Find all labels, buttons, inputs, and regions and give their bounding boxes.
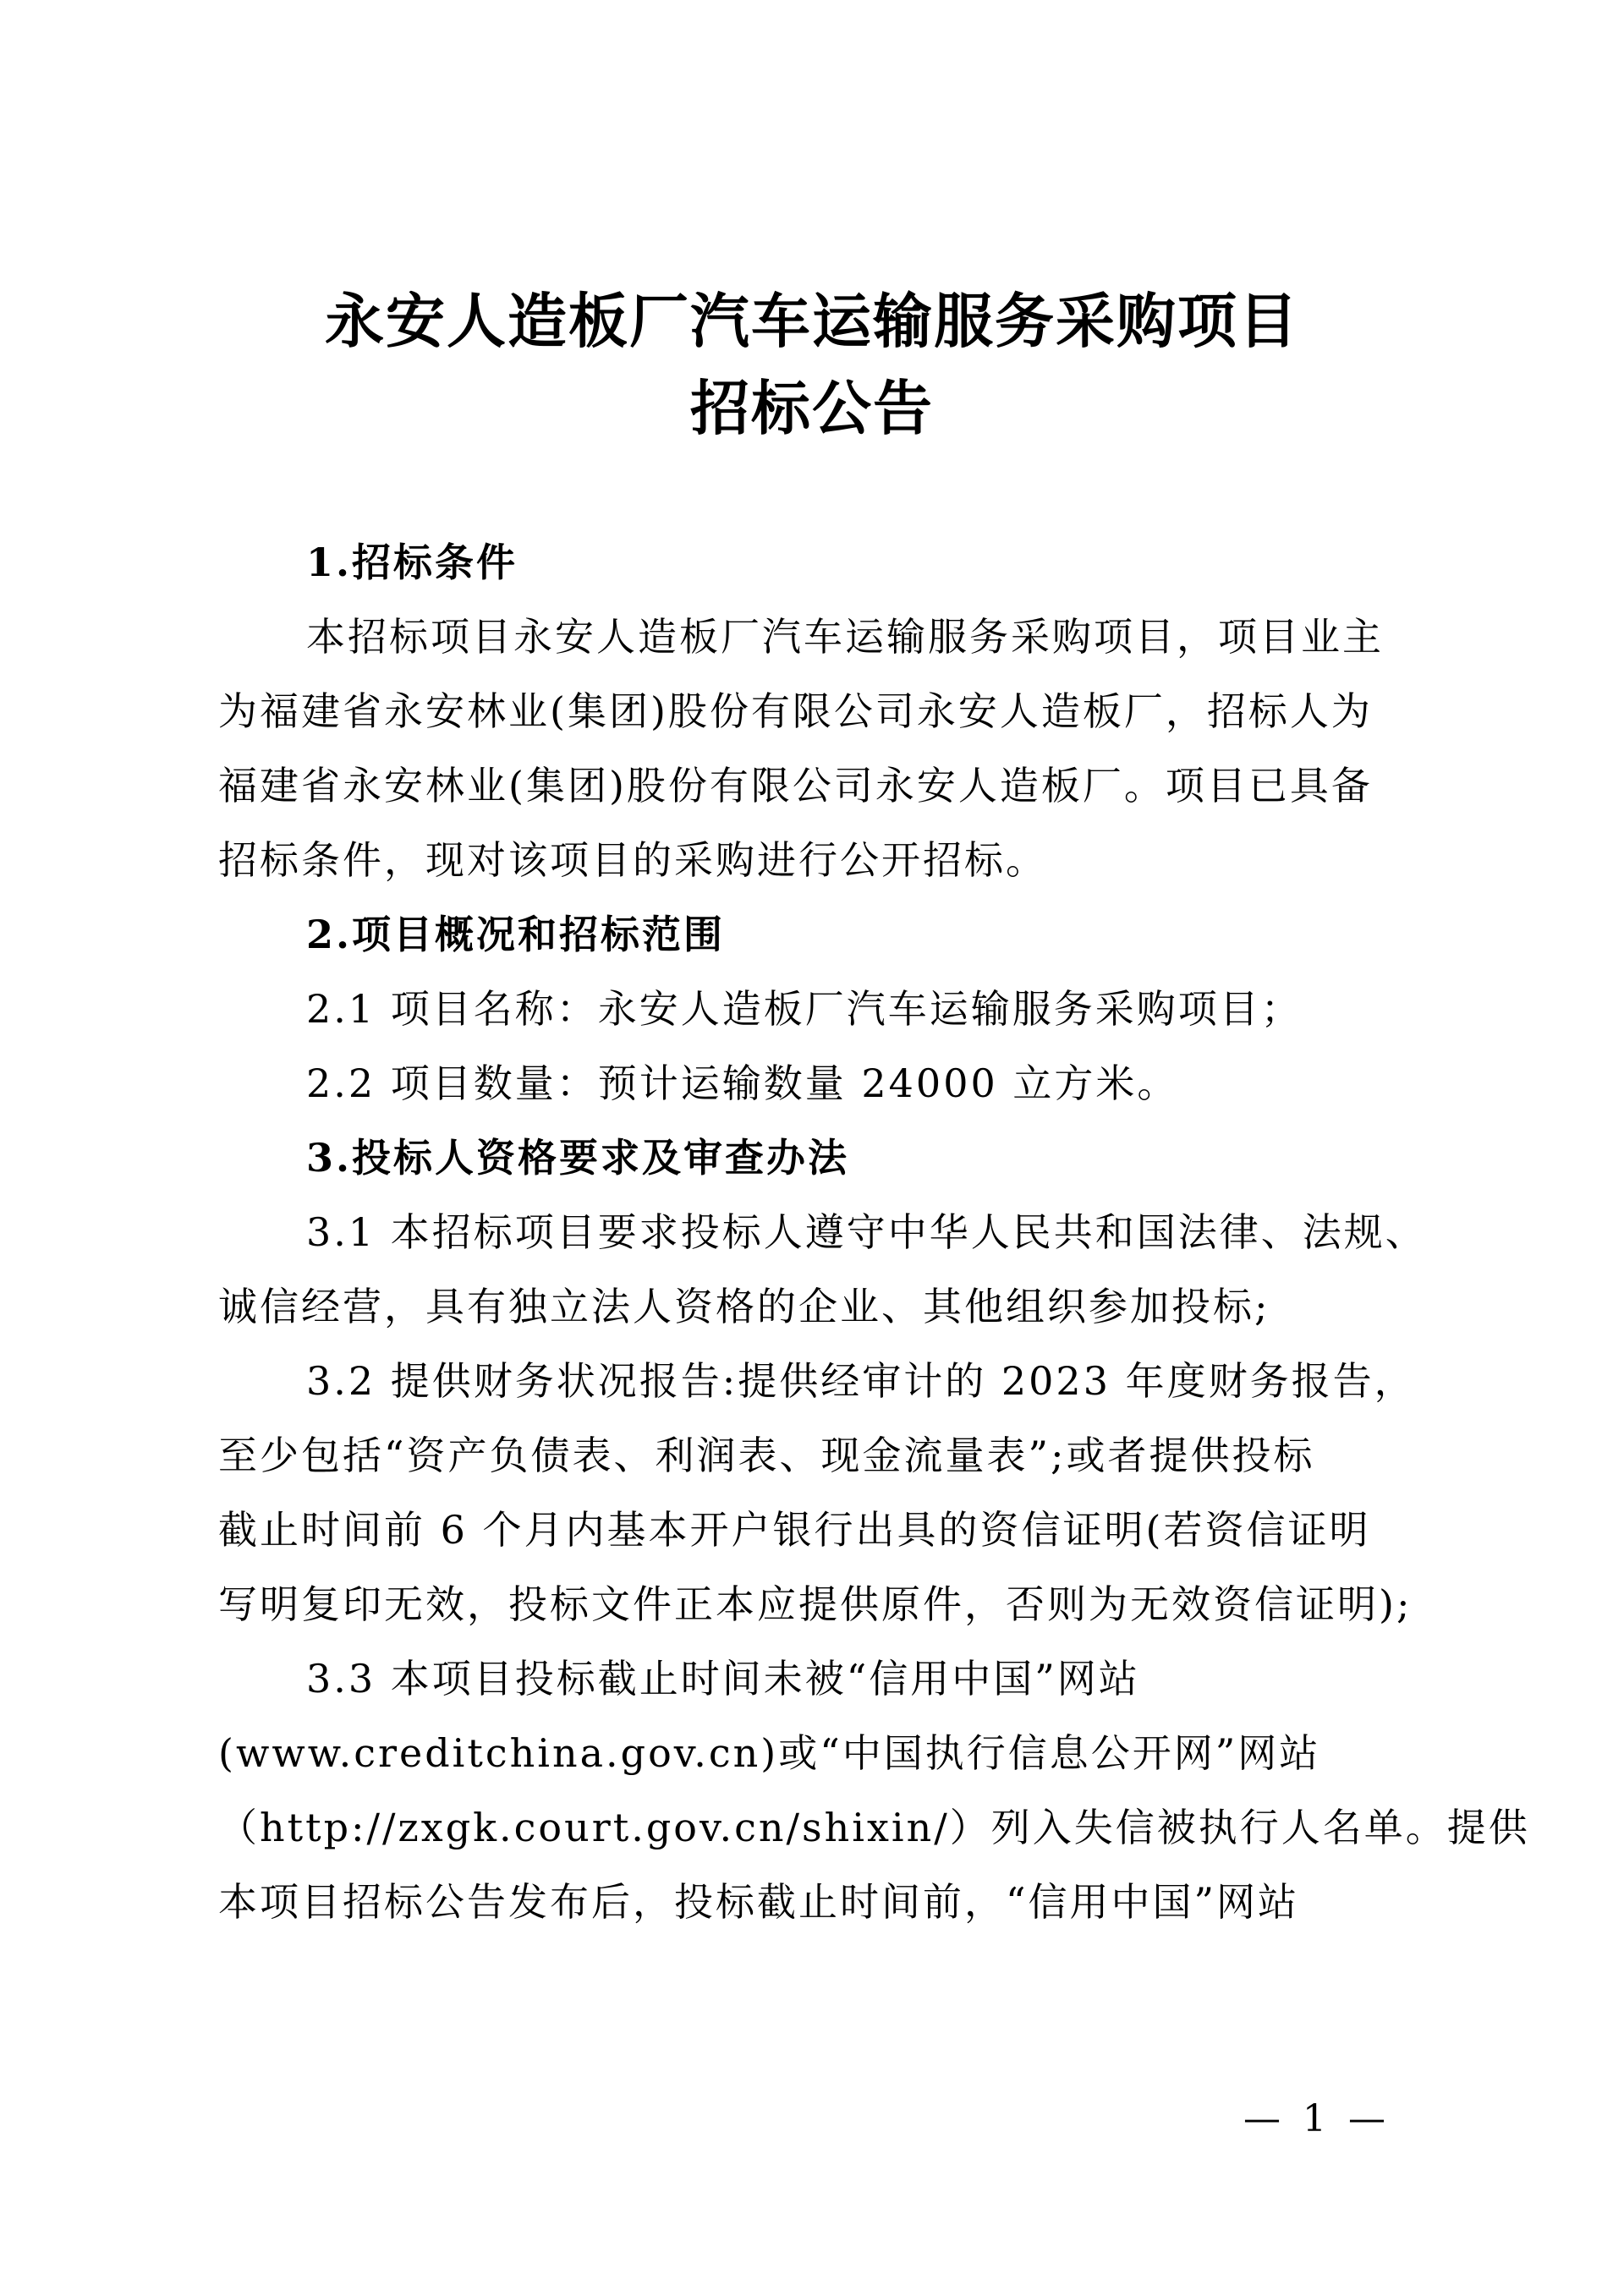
paragraph-line: 至少包括“资产负债表、利润表、现金流量表”;或者提供投标 xyxy=(218,1436,1436,1475)
document-title: 永安人造板厂汽车运输服务采购项目 xyxy=(0,292,1624,351)
paragraph-line: 3.1 本招标项目要求投标人遵守中华人民共和国法律、法规、 xyxy=(306,1213,1524,1252)
section-heading-3: 3.投标人资格要求及审查办法 xyxy=(306,1138,1524,1177)
paragraph-line: 截止时间前 6 个月内基本开户银行出具的资信证明(若资信证明 xyxy=(218,1510,1436,1549)
paragraph-line: 招标条件，现对该项目的采购进行公开招标。 xyxy=(218,841,1436,879)
paragraph-line: 2.1 项目名称：永安人造板厂汽车运输服务采购项目； xyxy=(306,989,1524,1028)
paragraph-line: 写明复印无效，投标文件正本应提供原件，否则为无效资信证明); xyxy=(218,1585,1436,1624)
page-number: — 1 — xyxy=(1243,2097,1391,2140)
paragraph-line: 为福建省永安林业(集团)股份有限公司永安人造板厂，招标人为 xyxy=(218,692,1436,731)
paragraph-line: 3.2 提供财务状况报告:提供经审计的 2023 年度财务报告， xyxy=(306,1362,1524,1400)
paragraph-line: 诚信经营，具有独立法人资格的企业、其他组织参加投标; xyxy=(218,1287,1436,1326)
paragraph-line: 本招标项目永安人造板厂汽车运输服务采购项目，项目业主 xyxy=(306,617,1524,656)
paragraph-line: (www.creditchina.gov.cn)或“中国执行信息公开网”网站 xyxy=(218,1734,1436,1773)
section-heading-2: 2.项目概况和招标范围 xyxy=(306,915,1524,954)
document-page: 永安人造板厂汽车运输服务采购项目 招标公告 1.招标条件 本招标项目永安人造板厂… xyxy=(0,0,1624,2296)
paragraph-line: 3.3 本项目投标截止时间未被“信用中国”网站 xyxy=(306,1659,1524,1698)
section-heading-1: 1.招标条件 xyxy=(306,543,1524,582)
paragraph-line: 2.2 项目数量：预计运输数量 24000 立方米。 xyxy=(306,1064,1524,1103)
paragraph-line: 本项目招标公告发布后，投标截止时间前，“信用中国”网站 xyxy=(218,1882,1436,1921)
paragraph-line: （http://zxgk.court.gov.cn/shixin/）列入失信被执… xyxy=(218,1808,1436,1847)
document-subtitle: 招标公告 xyxy=(0,379,1624,438)
paragraph-line: 福建省永安林业(集团)股份有限公司永安人造板厂。项目已具备 xyxy=(218,766,1436,805)
